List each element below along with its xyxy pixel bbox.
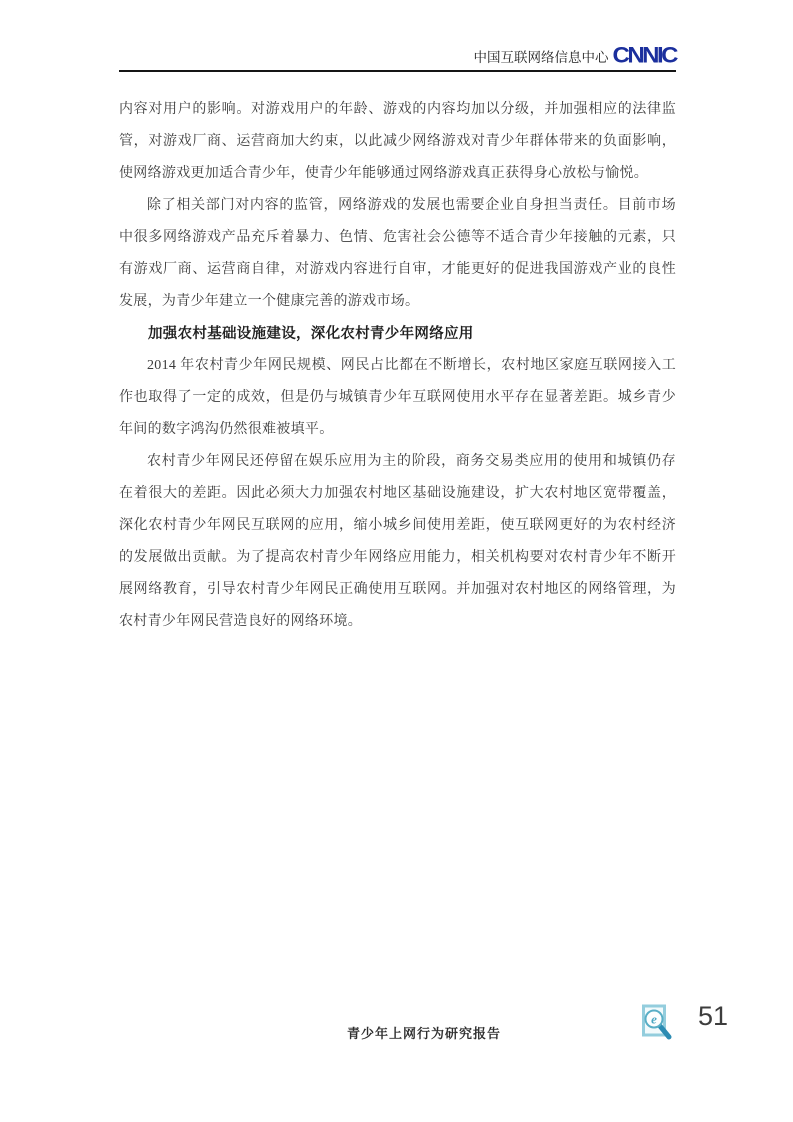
section-heading-rural: 加强农村基础设施建设，深化农村青少年网络应用	[119, 318, 676, 350]
paragraph-rural-measures: 农村青少年网民还停留在娱乐应用为主的阶段，商务交易类应用的使用和城镇仍存在着很大…	[119, 446, 676, 638]
paragraph-game-regulation: 内容对用户的影响。对游戏用户的年龄、游戏的内容均加以分级，并加强相应的法律监管，…	[119, 94, 676, 190]
svg-text:e: e	[651, 1012, 657, 1027]
report-title: 青少年上网行为研究报告	[347, 1023, 501, 1042]
report-page: 中国互联网络信息中心 CNNIC 内容对用户的影响。对游戏用户的年龄、游戏的内容…	[0, 0, 793, 1122]
page-number: 51	[698, 1000, 728, 1032]
document-body: 内容对用户的影响。对游戏用户的年龄、游戏的内容均加以分级，并加强相应的法律监管，…	[119, 94, 676, 638]
report-logo-icon: e	[642, 1002, 672, 1042]
paragraph-enterprise-responsibility: 除了相关部门对内容的监管，网络游戏的发展也需要企业自身担当责任。目前市场中很多网…	[119, 190, 676, 318]
paragraph-rural-gap: 2014 年农村青少年网民规模、网民占比都在不断增长，农村地区家庭互联网接入工作…	[119, 350, 676, 446]
org-name-label: 中国互联网络信息中心	[474, 51, 609, 68]
page-header: 中国互联网络信息中心 CNNIC	[119, 42, 676, 72]
cnnic-logo: CNNIC	[613, 45, 677, 67]
